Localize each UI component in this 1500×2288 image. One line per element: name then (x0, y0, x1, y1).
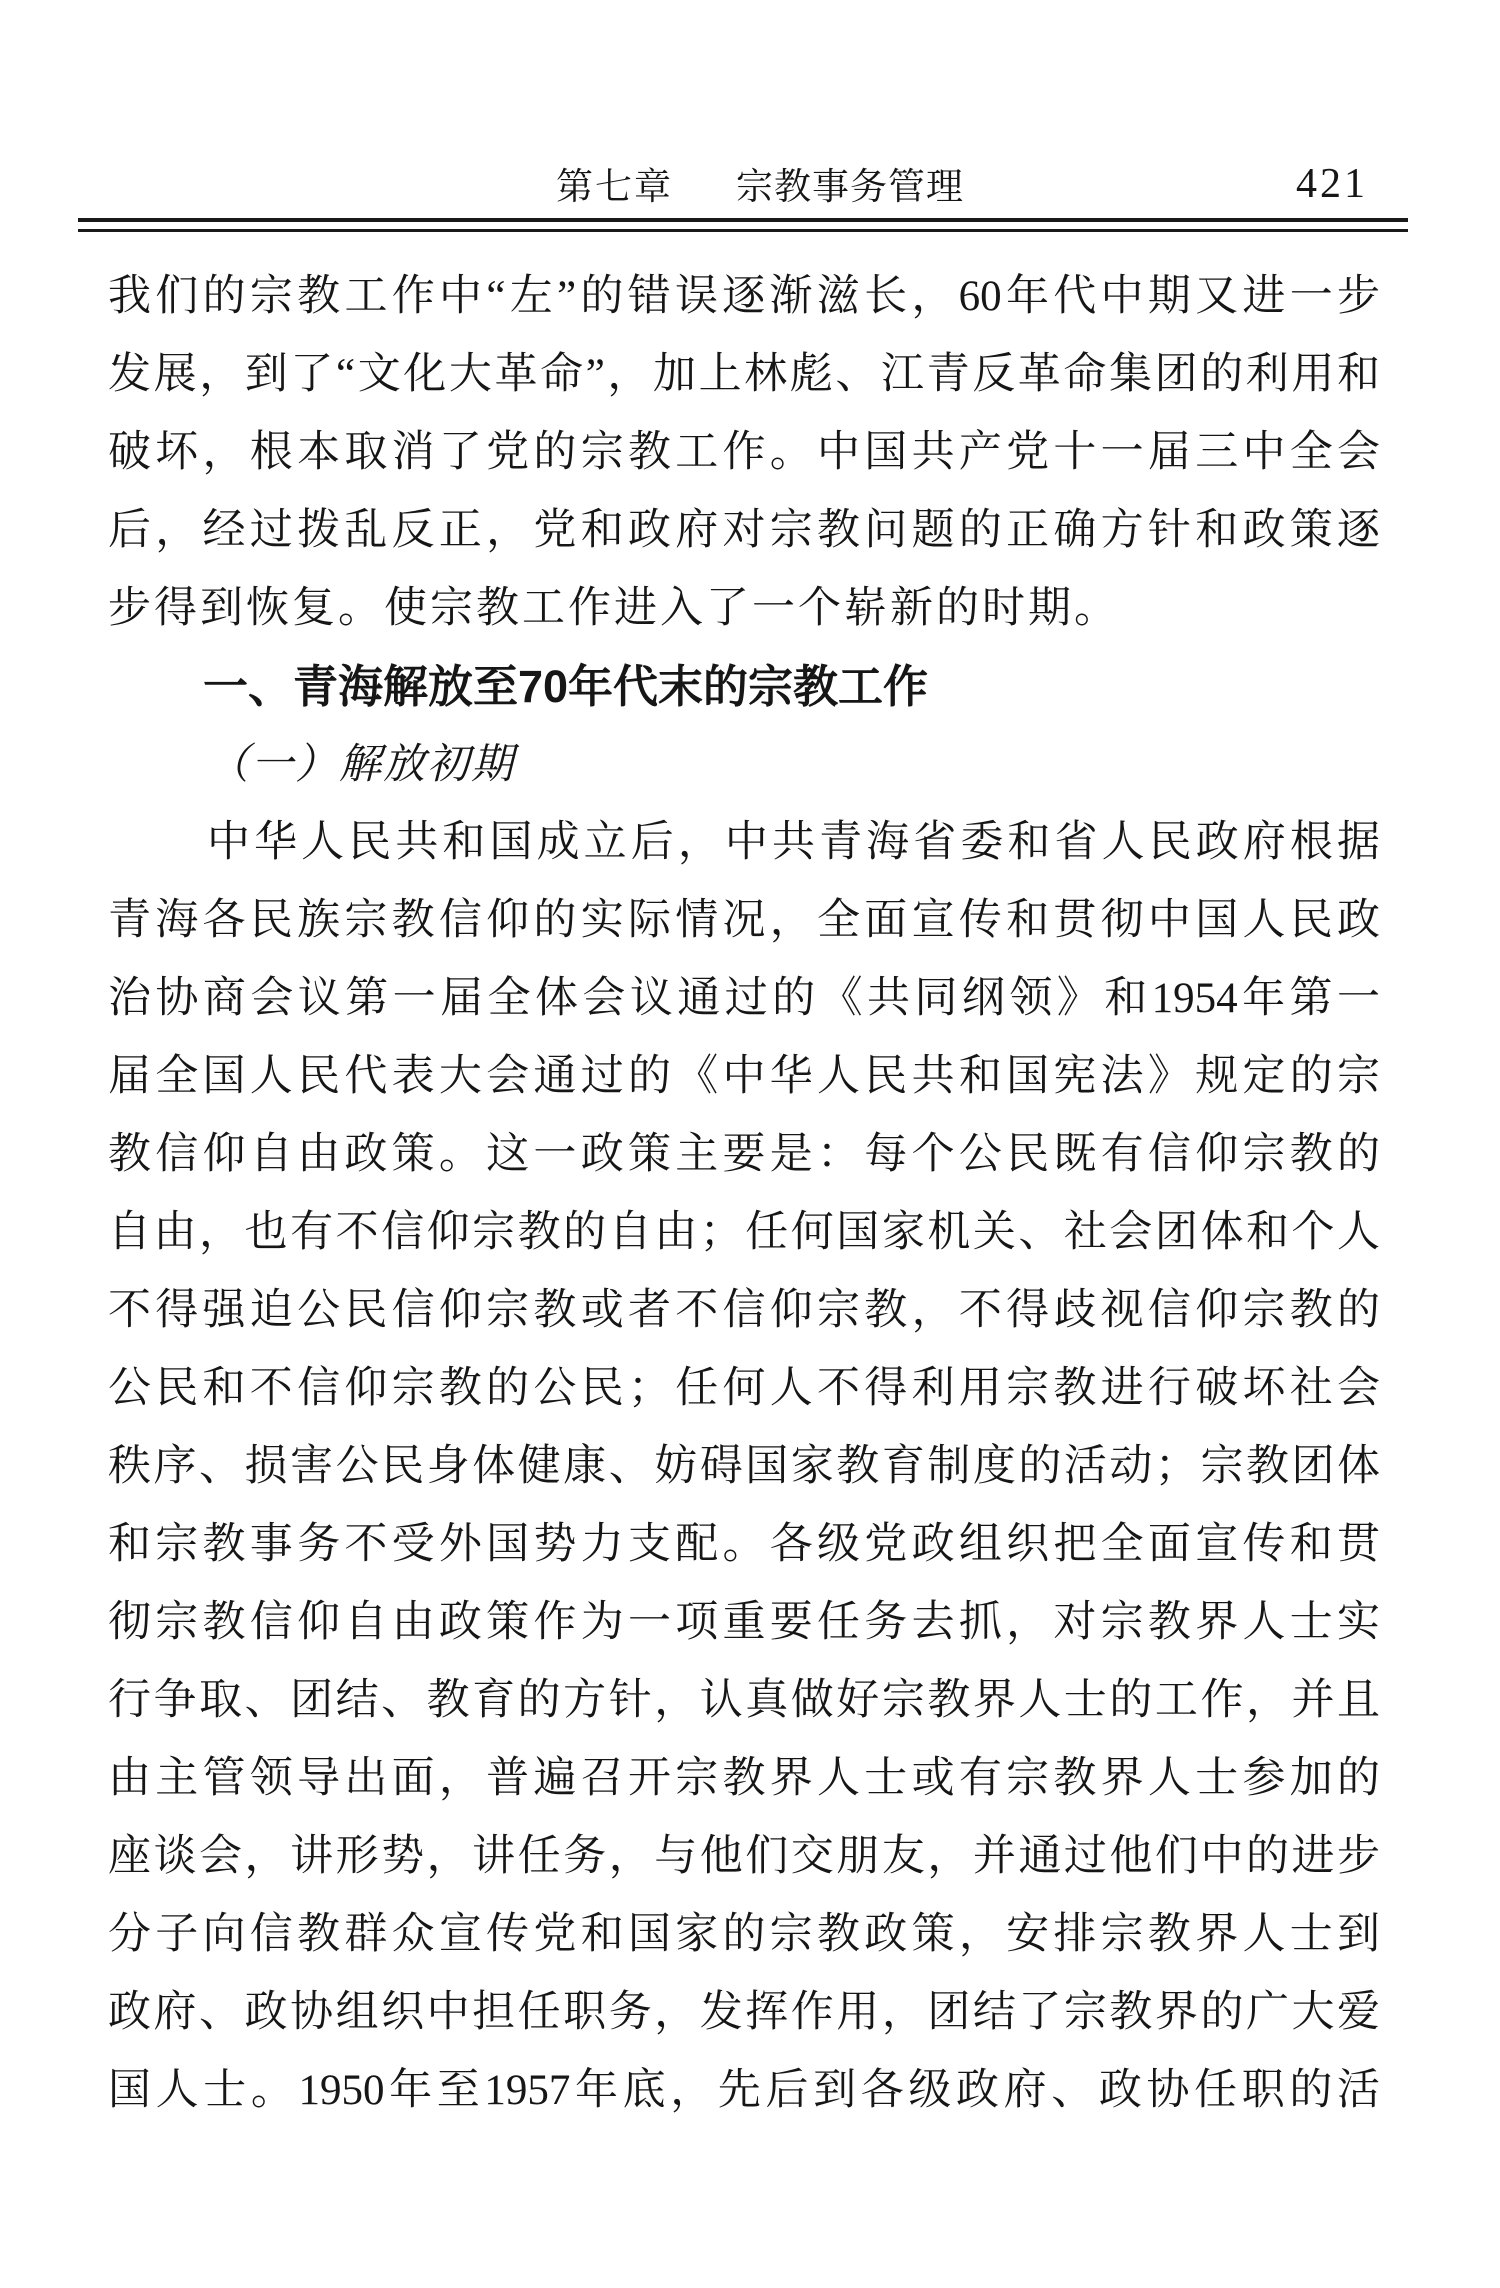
text-line-13: 自由，也有不信仰宗教的自由；任何国家机关、社会团体和个人 (108, 1194, 1380, 1272)
text-line-11: 届全国人民代表大会通过的《中华人民共和国宪法》规定的宗 (108, 1038, 1380, 1116)
text-line-12: 教信仰自由政策。这一政策主要是：每个公民既有信仰宗教的 (108, 1116, 1380, 1194)
text-line-17: 和宗教事务不受外国势力支配。各级党政组织把全面宣传和贯 (108, 1506, 1380, 1584)
text-line-2: 发展，到了“文化大革命”，加上林彪、江青反革命集团的利用和 (108, 336, 1380, 414)
page: 第七章 宗教事务管理 421 我们的宗教工作中“左”的错误逐渐滋长，60年代中期… (0, 0, 1500, 2288)
text-line-9: 青海各民族宗教信仰的实际情况，全面宣传和贯彻中国人民政 (108, 882, 1380, 960)
text-line-10: 治协商会议第一届全体会议通过的《共同纲领》和1954年第一 (108, 960, 1380, 1038)
text-line-18: 彻宗教信仰自由政策作为一项重要任务去抓，对宗教界人士实 (108, 1584, 1380, 1662)
header-rule-thick (78, 218, 1408, 222)
text-line-20: 由主管领导出面，普遍召开宗教界人士或有宗教界人士参加的 (108, 1740, 1380, 1818)
text-line-14: 不得强迫公民信仰宗教或者不信仰宗教，不得歧视信仰宗教的 (108, 1272, 1380, 1350)
text-line-19: 行争取、团结、教育的方针，认真做好宗教界人士的工作，并且 (108, 1662, 1380, 1740)
chapter-label: 第七章 (556, 166, 673, 210)
header-rule-thin (78, 229, 1408, 232)
text-line-21: 座谈会，讲形势，讲任务，与他们交朋友，并通过他们中的进步 (108, 1818, 1380, 1896)
text-line-15: 公民和不信仰宗教的公民；任何人不得利用宗教进行破坏社会 (108, 1350, 1380, 1428)
text-line-5: 步得到恢复。使宗教工作进入了一个崭新的时期。 (108, 570, 1380, 648)
page-number: 421 (1296, 162, 1368, 206)
section-heading: 一、青海解放至70年代末的宗教工作 (108, 648, 1380, 726)
text-line-22: 分子向信教群众宣传党和国家的宗教政策，安排宗教界人士到 (108, 1896, 1380, 1974)
subsection-heading: （一）解放初期 (108, 726, 1380, 804)
text-line-8: 中华人民共和国成立后，中共青海省委和省人民政府根据 (108, 804, 1380, 882)
text-line-24: 国人士。1950年至1957年底，先后到各级政府、政协任职的活 (108, 2052, 1380, 2130)
text-line-4: 后，经过拨乱反正，党和政府对宗教问题的正确方针和政策逐 (108, 492, 1380, 570)
text-line-23: 政府、政协组织中担任职务，发挥作用，团结了宗教界的广大爱 (108, 1974, 1380, 2052)
text-line-1: 我们的宗教工作中“左”的错误逐渐滋长，60年代中期又进一步 (108, 258, 1380, 336)
text-line-16: 秩序、损害公民身体健康、妨碍国家教育制度的活动；宗教团体 (108, 1428, 1380, 1506)
chapter-title: 宗教事务管理 (736, 166, 964, 210)
text-line-3: 破坏，根本取消了党的宗教工作。中国共产党十一届三中全会 (108, 414, 1380, 492)
body-text: 我们的宗教工作中“左”的错误逐渐滋长，60年代中期又进一步 发展，到了“文化大革… (108, 258, 1380, 2130)
